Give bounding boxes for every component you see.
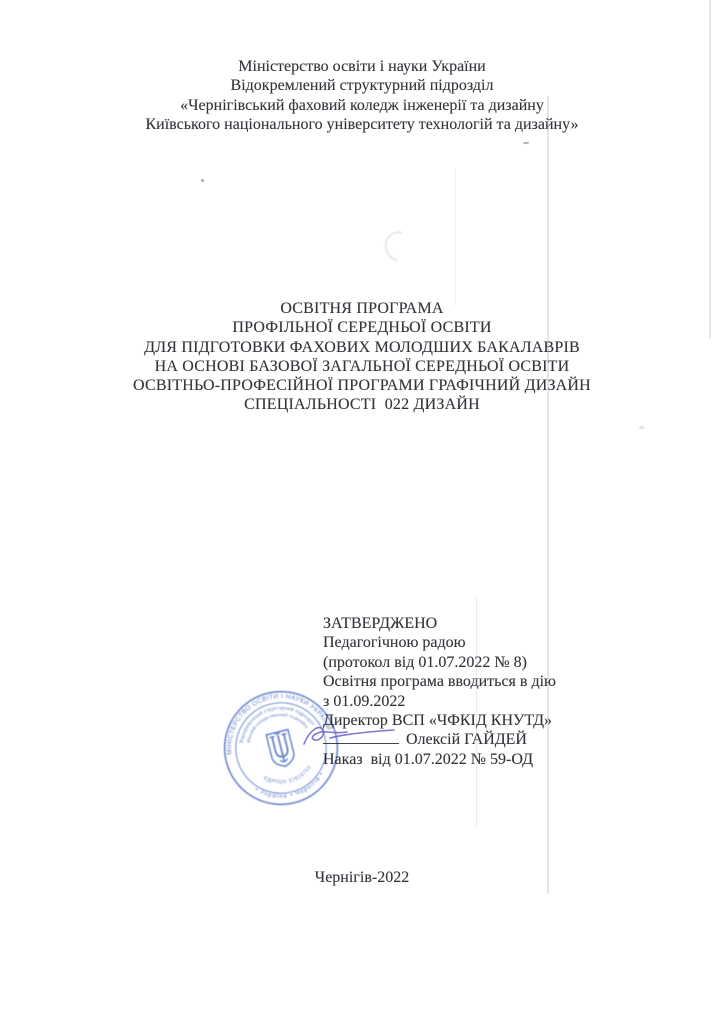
approval-heading: ЗАТВЕРДЖЕНО [323,614,653,633]
scan-artifact-dot [201,179,204,182]
document-title: ОСВІТНЯ ПРОГРАМА ПРОФІЛЬНОЇ СЕРЕДНЬОЇ ОС… [0,299,724,415]
title-line: СПЕЦІАЛЬНОСТІ 022 ДИЗАЙН [0,395,724,414]
title-line: ОСВІТНЯ ПРОГРАМА [0,299,724,318]
title-line: ДЛЯ ПІДГОТОВКИ ФАХОВИХ МОЛОДШИХ БАКАЛАВР… [0,338,724,357]
signatory-name: Олексій ГАЙДЕЙ [406,731,527,748]
handwritten-signature [299,720,403,752]
footer-city-year: Чернігів-2022 [0,869,724,887]
scan-artifact-mark [639,426,644,429]
approval-line: Освітня програма вводиться в дію [323,672,653,691]
scan-artifact-line [547,96,549,894]
title-line: ПРОФІЛЬНОЇ СЕРЕДНЬОЇ ОСВІТИ [0,318,724,337]
trident-icon [266,730,296,769]
title-line: НА ОСНОВІ БАЗОВОЇ ЗАГАЛЬНОЇ СЕРЕДНЬОЇ ОС… [0,357,724,376]
scan-artifact-dash [523,142,529,145]
header-line: Міністерство освіти і науки України [0,57,724,76]
approval-line: Педагогічною радою [323,633,653,652]
scan-artifact-line [709,0,711,338]
document-page: Міністерство освіти і науки України Відо… [0,0,724,1024]
header-line: Київського національного університету те… [0,115,724,134]
order-line: Наказ від 01.07.2022 № 59-ОД [323,750,653,769]
header-line: Відокремлений структурний підрозділ [0,76,724,95]
scan-artifact-line [455,168,456,306]
institution-header: Міністерство освіти і науки України Відо… [0,57,724,135]
scan-artifact-smudge [379,226,420,268]
city-year-text: Чернігів-2022 [315,869,409,886]
header-line: «Чернігівський фаховий коледж інженерії … [0,96,724,115]
title-line: ОСВІТНЬО-ПРОФЕСІЙНОЇ ПРОГРАМИ ГРАФІЧНИЙ … [0,376,724,395]
approval-line: (протокол від 01.07.2022 № 8) [323,653,653,672]
approval-line: з 01.09.2022 [323,692,653,711]
